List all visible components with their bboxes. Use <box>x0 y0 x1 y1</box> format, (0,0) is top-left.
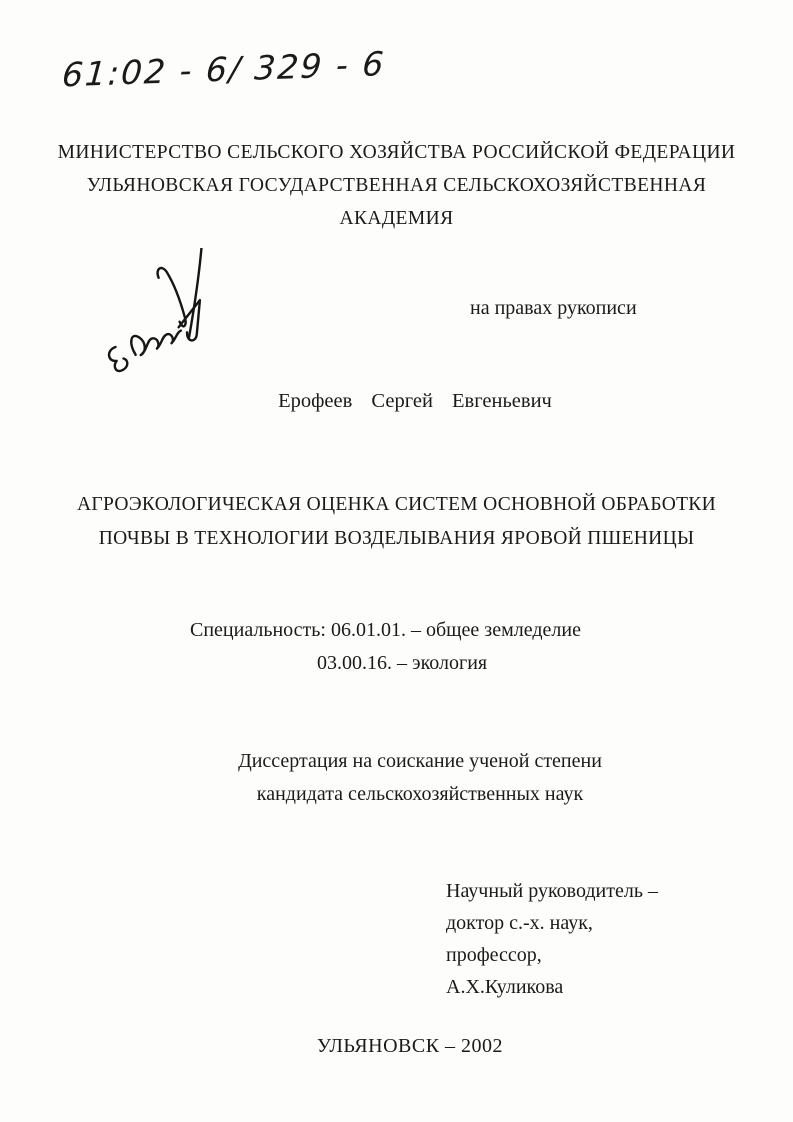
thesis-statement-line-1: Диссертация на соискание ученой степени <box>30 745 793 778</box>
author-signature <box>85 248 255 383</box>
supervisor-role: Научный руководитель – <box>446 875 658 907</box>
thesis-statement-line-2: кандидата сельскохозяйственных наук <box>30 778 793 811</box>
supervisor-degree: доктор с.-х. наук, <box>446 907 658 939</box>
dissertation-title-page: 61:02 - 6/ 329 - 6 МИНИСТЕРСТВО СЕЛЬСКОГ… <box>0 0 793 1122</box>
handwritten-catalog-code: 61:02 - 6/ 329 - 6 <box>61 41 483 95</box>
dissertation-title-line-2: ПОЧВЫ В ТЕХНОЛОГИИ ВОЗДЕЛЫВАНИЯ ЯРОВОЙ П… <box>0 522 793 556</box>
dissertation-title: АГРОЭКОЛОГИЧЕСКАЯ ОЦЕНКА СИСТЕМ ОСНОВНОЙ… <box>0 488 793 556</box>
academy-line-1: УЛЬЯНОВСКАЯ ГОСУДАРСТВЕННАЯ СЕЛЬСКОХОЗЯЙ… <box>0 169 793 202</box>
supervisor-name: А.Х.Куликова <box>446 971 658 1003</box>
academy-line-2: АКАДЕМИЯ <box>0 202 793 235</box>
institution-header: МИНИСТЕРСТВО СЕЛЬСКОГО ХОЗЯЙСТВА РОССИЙС… <box>0 136 793 235</box>
ministry-line: МИНИСТЕРСТВО СЕЛЬСКОГО ХОЗЯЙСТВА РОССИЙС… <box>0 136 793 169</box>
speciality-line-2: 03.00.16. – экология <box>317 652 487 675</box>
supervisor-block: Научный руководитель – доктор с.-х. наук… <box>446 875 658 1003</box>
thesis-statement: Диссертация на соискание ученой степени … <box>30 745 793 811</box>
manuscript-rights-note: на правах рукописи <box>470 297 637 320</box>
dissertation-title-line-1: АГРОЭКОЛОГИЧЕСКАЯ ОЦЕНКА СИСТЕМ ОСНОВНОЙ… <box>0 488 793 522</box>
author-name: Ерофеев Сергей Евгеньевич <box>0 390 793 413</box>
supervisor-rank: профессор, <box>446 939 658 971</box>
speciality-line-1: Специальность: 06.01.01. – общее земледе… <box>190 619 581 642</box>
city-year-footer: УЛЬЯНОВСК – 2002 <box>15 1035 793 1058</box>
